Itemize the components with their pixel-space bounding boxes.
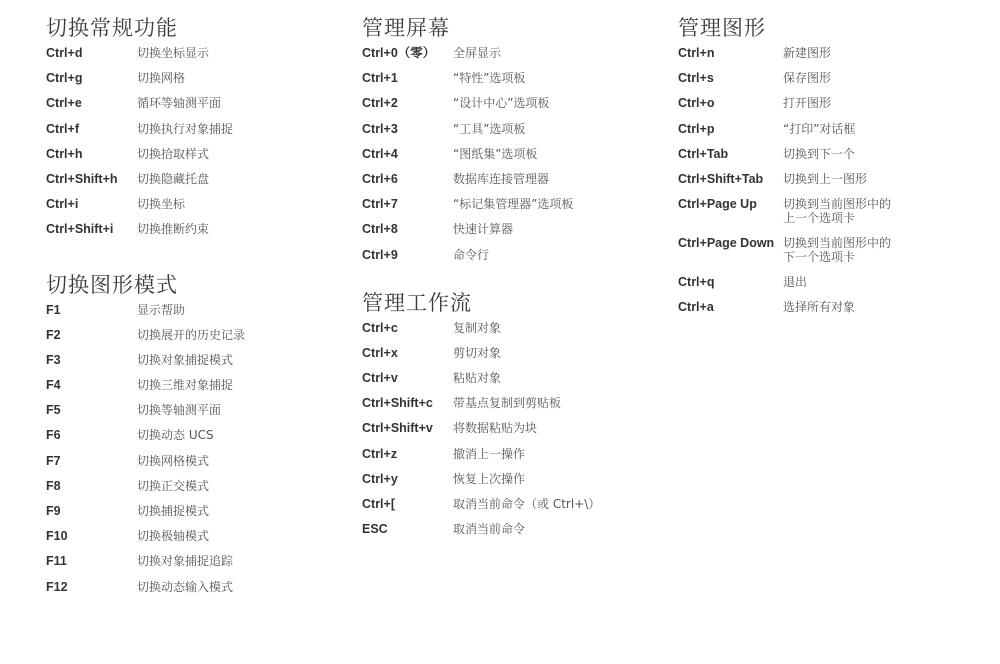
shortcut-desc: 全屏显示 xyxy=(453,46,501,60)
shortcut-desc: 切换拾取样式 xyxy=(137,147,209,161)
shortcut-row: Ctrl+c复制对象 xyxy=(362,321,672,346)
shortcut-key: F5 xyxy=(46,403,137,417)
section-title: 管理图形 xyxy=(678,14,988,42)
shortcut-key: Ctrl+4 xyxy=(362,147,453,161)
shortcut-desc: 切换正交模式 xyxy=(137,479,209,493)
shortcut-key: F4 xyxy=(46,378,137,392)
shortcut-desc: 切换网格模式 xyxy=(137,454,209,468)
section-manage-workflow: 管理工作流 Ctrl+c复制对象 Ctrl+x剪切对象 Ctrl+v粘贴对象 C… xyxy=(362,289,672,548)
shortcut-desc: 切换动态输入模式 xyxy=(137,580,233,594)
shortcut-key: Ctrl+[ xyxy=(362,497,453,511)
shortcut-desc: 切换等轴测平面 xyxy=(137,403,221,417)
shortcut-row: Ctrl+Shift+v将数据粘贴为块 xyxy=(362,421,672,446)
shortcut-key: Ctrl+a xyxy=(678,300,783,314)
shortcut-row: Ctrl+4 “图纸集”选项板 xyxy=(362,147,672,172)
shortcut-row: Ctrl+Page Up切换到当前图形中的 上一个选项卡 xyxy=(678,197,988,236)
shortcut-desc: 切换推断约束 xyxy=(137,222,209,236)
shortcut-row: Ctrl+q退出 xyxy=(678,275,988,300)
shortcut-desc: 将数据粘贴为块 xyxy=(453,421,537,435)
shortcut-desc: “设计中心”选项板 xyxy=(453,96,549,110)
shortcut-desc: 取消当前命令（或 Ctrl+\） xyxy=(453,497,600,511)
shortcut-desc: 恢复上次操作 xyxy=(453,472,525,486)
shortcut-row: F7切换网格模式 xyxy=(46,454,346,479)
shortcut-row: Ctrl+Shift+c带基点复制到剪贴板 xyxy=(362,396,672,421)
shortcut-key: Ctrl+3 xyxy=(362,122,453,136)
section-manage-drawings: 管理图形 Ctrl+n新建图形 Ctrl+s保存图形 Ctrl+o打开图形 Ct… xyxy=(678,14,988,326)
shortcut-row: Ctrl+6数据库连接管理器 xyxy=(362,172,672,197)
shortcut-row: Ctrl+s保存图形 xyxy=(678,71,988,96)
column-3: 管理图形 Ctrl+n新建图形 Ctrl+s保存图形 Ctrl+o打开图形 Ct… xyxy=(678,14,988,326)
shortcut-row: F12切换动态输入模式 xyxy=(46,580,346,605)
shortcut-desc: 循环等轴测平面 xyxy=(137,96,221,110)
shortcut-desc: 数据库连接管理器 xyxy=(453,172,549,186)
shortcut-row: Ctrl+f切换执行对象捕捉 xyxy=(46,122,346,147)
shortcut-key: Ctrl+8 xyxy=(362,222,453,236)
shortcut-row: F1显示帮助 xyxy=(46,303,346,328)
shortcut-row: Ctrl+Page Down切换到当前图形中的 下一个选项卡 xyxy=(678,236,988,275)
shortcut-row: F11切换对象捕捉追踪 xyxy=(46,554,346,579)
shortcut-row: Ctrl+Shift+h切换隐藏托盘 xyxy=(46,172,346,197)
shortcut-key: Ctrl+Shift+h xyxy=(46,172,137,186)
shortcut-desc: 切换隐藏托盘 xyxy=(137,172,209,186)
shortcut-row: Ctrl+Tab切换到下一个 xyxy=(678,147,988,172)
shortcut-row: F4切换三维对象捕捉 xyxy=(46,378,346,403)
shortcut-key: Ctrl+Shift+v xyxy=(362,421,453,435)
shortcut-desc: 切换动态 UCS xyxy=(137,428,214,442)
shortcut-desc: 切换到当前图形中的 下一个选项卡 xyxy=(783,236,891,264)
shortcut-row: F5切换等轴测平面 xyxy=(46,403,346,428)
shortcut-desc: 快速计算器 xyxy=(453,222,513,236)
shortcut-key: F8 xyxy=(46,479,137,493)
shortcut-row: Ctrl+Shift+Tab切换到上一图形 xyxy=(678,172,988,197)
shortcut-key: F11 xyxy=(46,554,137,568)
shortcut-desc: 切换坐标 xyxy=(137,197,185,211)
shortcut-row: Ctrl+v粘贴对象 xyxy=(362,371,672,396)
shortcut-row: Ctrl+p “打印”对话框 xyxy=(678,122,988,147)
shortcut-desc: 新建图形 xyxy=(783,46,831,60)
shortcut-desc: 切换网格 xyxy=(137,71,185,85)
section-title: 切换常规功能 xyxy=(46,14,346,42)
shortcut-key: Ctrl+x xyxy=(362,346,453,360)
shortcut-row: Ctrl+7 “标记集管理器”选项板 xyxy=(362,197,672,222)
shortcut-desc: 切换坐标显示 xyxy=(137,46,209,60)
shortcut-row: Ctrl+8快速计算器 xyxy=(362,222,672,247)
shortcut-row: Ctrl+[取消当前命令（或 Ctrl+\） xyxy=(362,497,672,522)
shortcut-key: Ctrl+f xyxy=(46,122,137,136)
shortcut-desc: 切换对象捕捉追踪 xyxy=(137,554,233,568)
section-title: 管理工作流 xyxy=(362,289,672,317)
shortcut-row: F2切换展开的历史记录 xyxy=(46,328,346,353)
shortcut-desc: 选择所有对象 xyxy=(783,300,855,314)
shortcut-key: Ctrl+0（零） xyxy=(362,46,453,60)
shortcut-desc: 取消当前命令 xyxy=(453,522,525,536)
shortcut-key: F10 xyxy=(46,529,137,543)
shortcut-row: Ctrl+0（零）全屏显示 xyxy=(362,46,672,71)
shortcut-key: Ctrl+e xyxy=(46,96,137,110)
shortcut-key: Ctrl+h xyxy=(46,147,137,161)
shortcut-row: F9切换捕捉模式 xyxy=(46,504,346,529)
shortcut-desc: “标记集管理器”选项板 xyxy=(453,197,573,211)
shortcut-key: Ctrl+s xyxy=(678,71,783,85)
shortcut-row: Ctrl+n新建图形 xyxy=(678,46,988,71)
shortcut-key: Ctrl+z xyxy=(362,447,453,461)
shortcut-key: ESC xyxy=(362,522,453,536)
shortcut-desc: 撤消上一操作 xyxy=(453,447,525,461)
shortcut-key: Ctrl+Page Down xyxy=(678,236,783,250)
shortcut-key: Ctrl+9 xyxy=(362,248,453,262)
shortcut-desc: 带基点复制到剪贴板 xyxy=(453,396,561,410)
shortcut-key: F2 xyxy=(46,328,137,342)
shortcut-desc: 切换执行对象捕捉 xyxy=(137,122,233,136)
shortcut-row: Ctrl+9命令行 xyxy=(362,248,672,273)
section-title: 切换图形模式 xyxy=(46,271,346,299)
shortcut-key: Ctrl+Shift+Tab xyxy=(678,172,783,186)
shortcut-key: Ctrl+y xyxy=(362,472,453,486)
shortcut-desc: 显示帮助 xyxy=(137,303,185,317)
shortcut-key: Ctrl+n xyxy=(678,46,783,60)
section-title: 管理屏幕 xyxy=(362,14,672,42)
shortcut-desc: 打开图形 xyxy=(783,96,831,110)
shortcut-desc: 保存图形 xyxy=(783,71,831,85)
shortcut-row: Ctrl+d切换坐标显示 xyxy=(46,46,346,71)
shortcut-desc: “特性”选项板 xyxy=(453,71,525,85)
column-1: 切换常规功能 Ctrl+d切换坐标显示 Ctrl+g切换网格 Ctrl+e循环等… xyxy=(46,14,346,605)
shortcut-row: F6切换动态 UCS xyxy=(46,428,346,453)
shortcut-key: Ctrl+7 xyxy=(362,197,453,211)
shortcut-row: Ctrl+a选择所有对象 xyxy=(678,300,988,325)
shortcut-key: Ctrl+i xyxy=(46,197,137,211)
shortcut-row: ESC取消当前命令 xyxy=(362,522,672,547)
section-drawing-modes: 切换图形模式 F1显示帮助 F2切换展开的历史记录 F3切换对象捕捉模式 F4切… xyxy=(46,271,346,605)
shortcut-row: F10切换极轴模式 xyxy=(46,529,346,554)
shortcut-desc: 粘贴对象 xyxy=(453,371,501,385)
shortcut-desc: 切换极轴模式 xyxy=(137,529,209,543)
shortcut-row: Ctrl+e循环等轴测平面 xyxy=(46,96,346,121)
shortcut-row: Ctrl+Shift+i切换推断约束 xyxy=(46,222,346,247)
shortcut-key: Ctrl+2 xyxy=(362,96,453,110)
shortcut-key: F9 xyxy=(46,504,137,518)
shortcut-desc: 切换捕捉模式 xyxy=(137,504,209,518)
shortcut-row: Ctrl+o打开图形 xyxy=(678,96,988,121)
shortcut-row: Ctrl+3 “工具”选项板 xyxy=(362,122,672,147)
shortcut-desc: “打印”对话框 xyxy=(783,122,855,136)
shortcut-key: F1 xyxy=(46,303,137,317)
shortcut-key: Ctrl+Page Up xyxy=(678,197,783,211)
shortcut-key: Ctrl+q xyxy=(678,275,783,289)
shortcut-key: Ctrl+g xyxy=(46,71,137,85)
shortcut-row: Ctrl+g切换网格 xyxy=(46,71,346,96)
shortcut-key: Ctrl+o xyxy=(678,96,783,110)
shortcut-desc: 切换到当前图形中的 上一个选项卡 xyxy=(783,197,891,225)
shortcut-desc: 剪切对象 xyxy=(453,346,501,360)
shortcut-row: F8切换正交模式 xyxy=(46,479,346,504)
shortcut-key: F3 xyxy=(46,353,137,367)
shortcut-key: Ctrl+Tab xyxy=(678,147,783,161)
shortcut-key: Ctrl+Shift+c xyxy=(362,396,453,410)
shortcut-row: Ctrl+h切换拾取样式 xyxy=(46,147,346,172)
shortcut-row: Ctrl+i切换坐标 xyxy=(46,197,346,222)
shortcut-row: Ctrl+z撤消上一操作 xyxy=(362,447,672,472)
shortcut-key: F7 xyxy=(46,454,137,468)
shortcut-desc: “图纸集”选项板 xyxy=(453,147,537,161)
shortcut-row: Ctrl+1 “特性”选项板 xyxy=(362,71,672,96)
shortcut-key: Ctrl+Shift+i xyxy=(46,222,137,236)
shortcut-key: Ctrl+6 xyxy=(362,172,453,186)
shortcut-desc: 切换到下一个 xyxy=(783,147,855,161)
shortcut-key: Ctrl+v xyxy=(362,371,453,385)
column-2: 管理屏幕 Ctrl+0（零）全屏显示 Ctrl+1 “特性”选项板 Ctrl+2… xyxy=(362,14,672,547)
shortcut-desc: 切换对象捕捉模式 xyxy=(137,353,233,367)
shortcut-row: Ctrl+2 “设计中心”选项板 xyxy=(362,96,672,121)
shortcut-desc: 命令行 xyxy=(453,248,489,262)
shortcut-key: Ctrl+1 xyxy=(362,71,453,85)
shortcut-row: Ctrl+x剪切对象 xyxy=(362,346,672,371)
shortcut-key: F6 xyxy=(46,428,137,442)
shortcut-desc: 切换到上一图形 xyxy=(783,172,867,186)
shortcut-key: Ctrl+c xyxy=(362,321,453,335)
section-general-functions: 切换常规功能 Ctrl+d切换坐标显示 Ctrl+g切换网格 Ctrl+e循环等… xyxy=(46,14,346,248)
shortcut-key: Ctrl+d xyxy=(46,46,137,60)
shortcut-desc: 退出 xyxy=(783,275,807,289)
shortcut-desc: “工具”选项板 xyxy=(453,122,525,136)
section-manage-screen: 管理屏幕 Ctrl+0（零）全屏显示 Ctrl+1 “特性”选项板 Ctrl+2… xyxy=(362,14,672,273)
shortcut-desc: 复制对象 xyxy=(453,321,501,335)
shortcut-desc: 切换三维对象捕捉 xyxy=(137,378,233,392)
shortcut-row: Ctrl+y恢复上次操作 xyxy=(362,472,672,497)
shortcut-row: F3切换对象捕捉模式 xyxy=(46,353,346,378)
shortcut-key: F12 xyxy=(46,580,137,594)
shortcut-key: Ctrl+p xyxy=(678,122,783,136)
shortcut-desc: 切换展开的历史记录 xyxy=(137,328,245,342)
